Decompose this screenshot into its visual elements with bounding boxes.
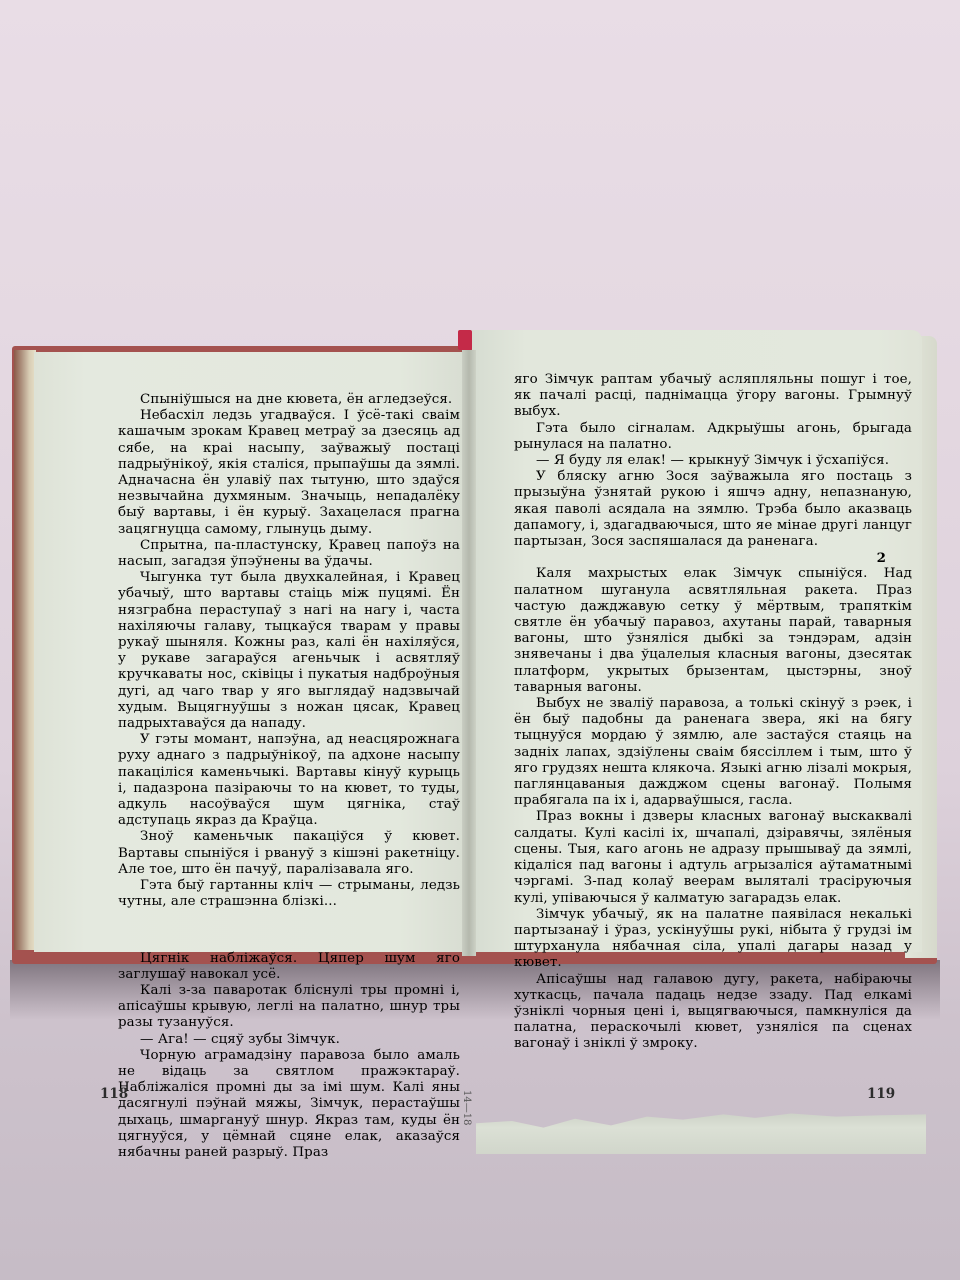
paragraph: Цягнiк наблiжаўся. Цяпер шум яго заглуша…: [118, 951, 460, 983]
paragraph: Выбух не звалiў паравоза, а толькi скiну…: [514, 696, 912, 809]
bookmark-ribbon: [458, 330, 472, 350]
section-number: 2: [514, 550, 912, 566]
paragraph: Гэта быў гартанны клiч — стрыманы, ледзь…: [118, 878, 460, 910]
right-page-text: яго Зiмчук раптам убачыў асляпляльны пош…: [514, 372, 912, 1053]
paragraph: Каля махрыстых елак Зiмчук спынiўся. Над…: [514, 566, 912, 696]
paragraph: Спынiўшыся на дне кювета, ён агледзеўся.: [118, 392, 460, 408]
left-page-text: Спынiўшыся на дне кювета, ён агледзеўся.…: [118, 392, 460, 1161]
printer-signature-mark: 14—18: [461, 1090, 472, 1125]
page-number-left: 118: [100, 1086, 128, 1102]
page-number-right: 119: [867, 1086, 895, 1102]
paragraph: — Я буду ля елак! — крыкнуў Зiмчук i ўсх…: [514, 453, 912, 469]
torn-page-edge: [476, 1110, 926, 1154]
paragraph: У гэты момант, напэўна, ад неасцярожнага…: [118, 732, 460, 829]
paragraph: яго Зiмчук раптам убачыў асляпляльны пош…: [514, 372, 912, 421]
paragraph: Зноў каменьчык пакацiўся ў кювет. Вартав…: [118, 829, 460, 878]
paragraph: Апiсаўшы над галавою дугу, ракета, набiр…: [514, 972, 912, 1053]
paragraph: Небасхiл ледзь угадваўся. I ўсё-такi сва…: [118, 408, 460, 538]
paragraph: Чыгунка тут была двухкалейная, i Кравец …: [118, 570, 460, 732]
paragraph: Спрытна, па-пластунску, Кравец папоўз на…: [118, 538, 460, 570]
paragraph: Гэта было сiгналам. Адкрыўшы агонь, брыг…: [514, 421, 912, 453]
book-gutter: [462, 350, 476, 956]
paragraph: Праз вокны i дзверы класных вагонаў выск…: [514, 809, 912, 906]
section-break: [118, 911, 460, 951]
book-page-edges-left: [14, 350, 36, 950]
paragraph: У бляску агню Зося заўважыла яго постаць…: [514, 469, 912, 550]
paragraph: — Ага! — сцяў зубы Зiмчук.: [118, 1032, 460, 1048]
paragraph: Зiмчук убачыў, як на палатне паявiлася н…: [514, 907, 912, 972]
paragraph: Чорную аграмадзiну паравоза было амаль н…: [118, 1048, 460, 1161]
paragraph: Калi з-за паваротак блiснулi тры промнi …: [118, 983, 460, 1032]
